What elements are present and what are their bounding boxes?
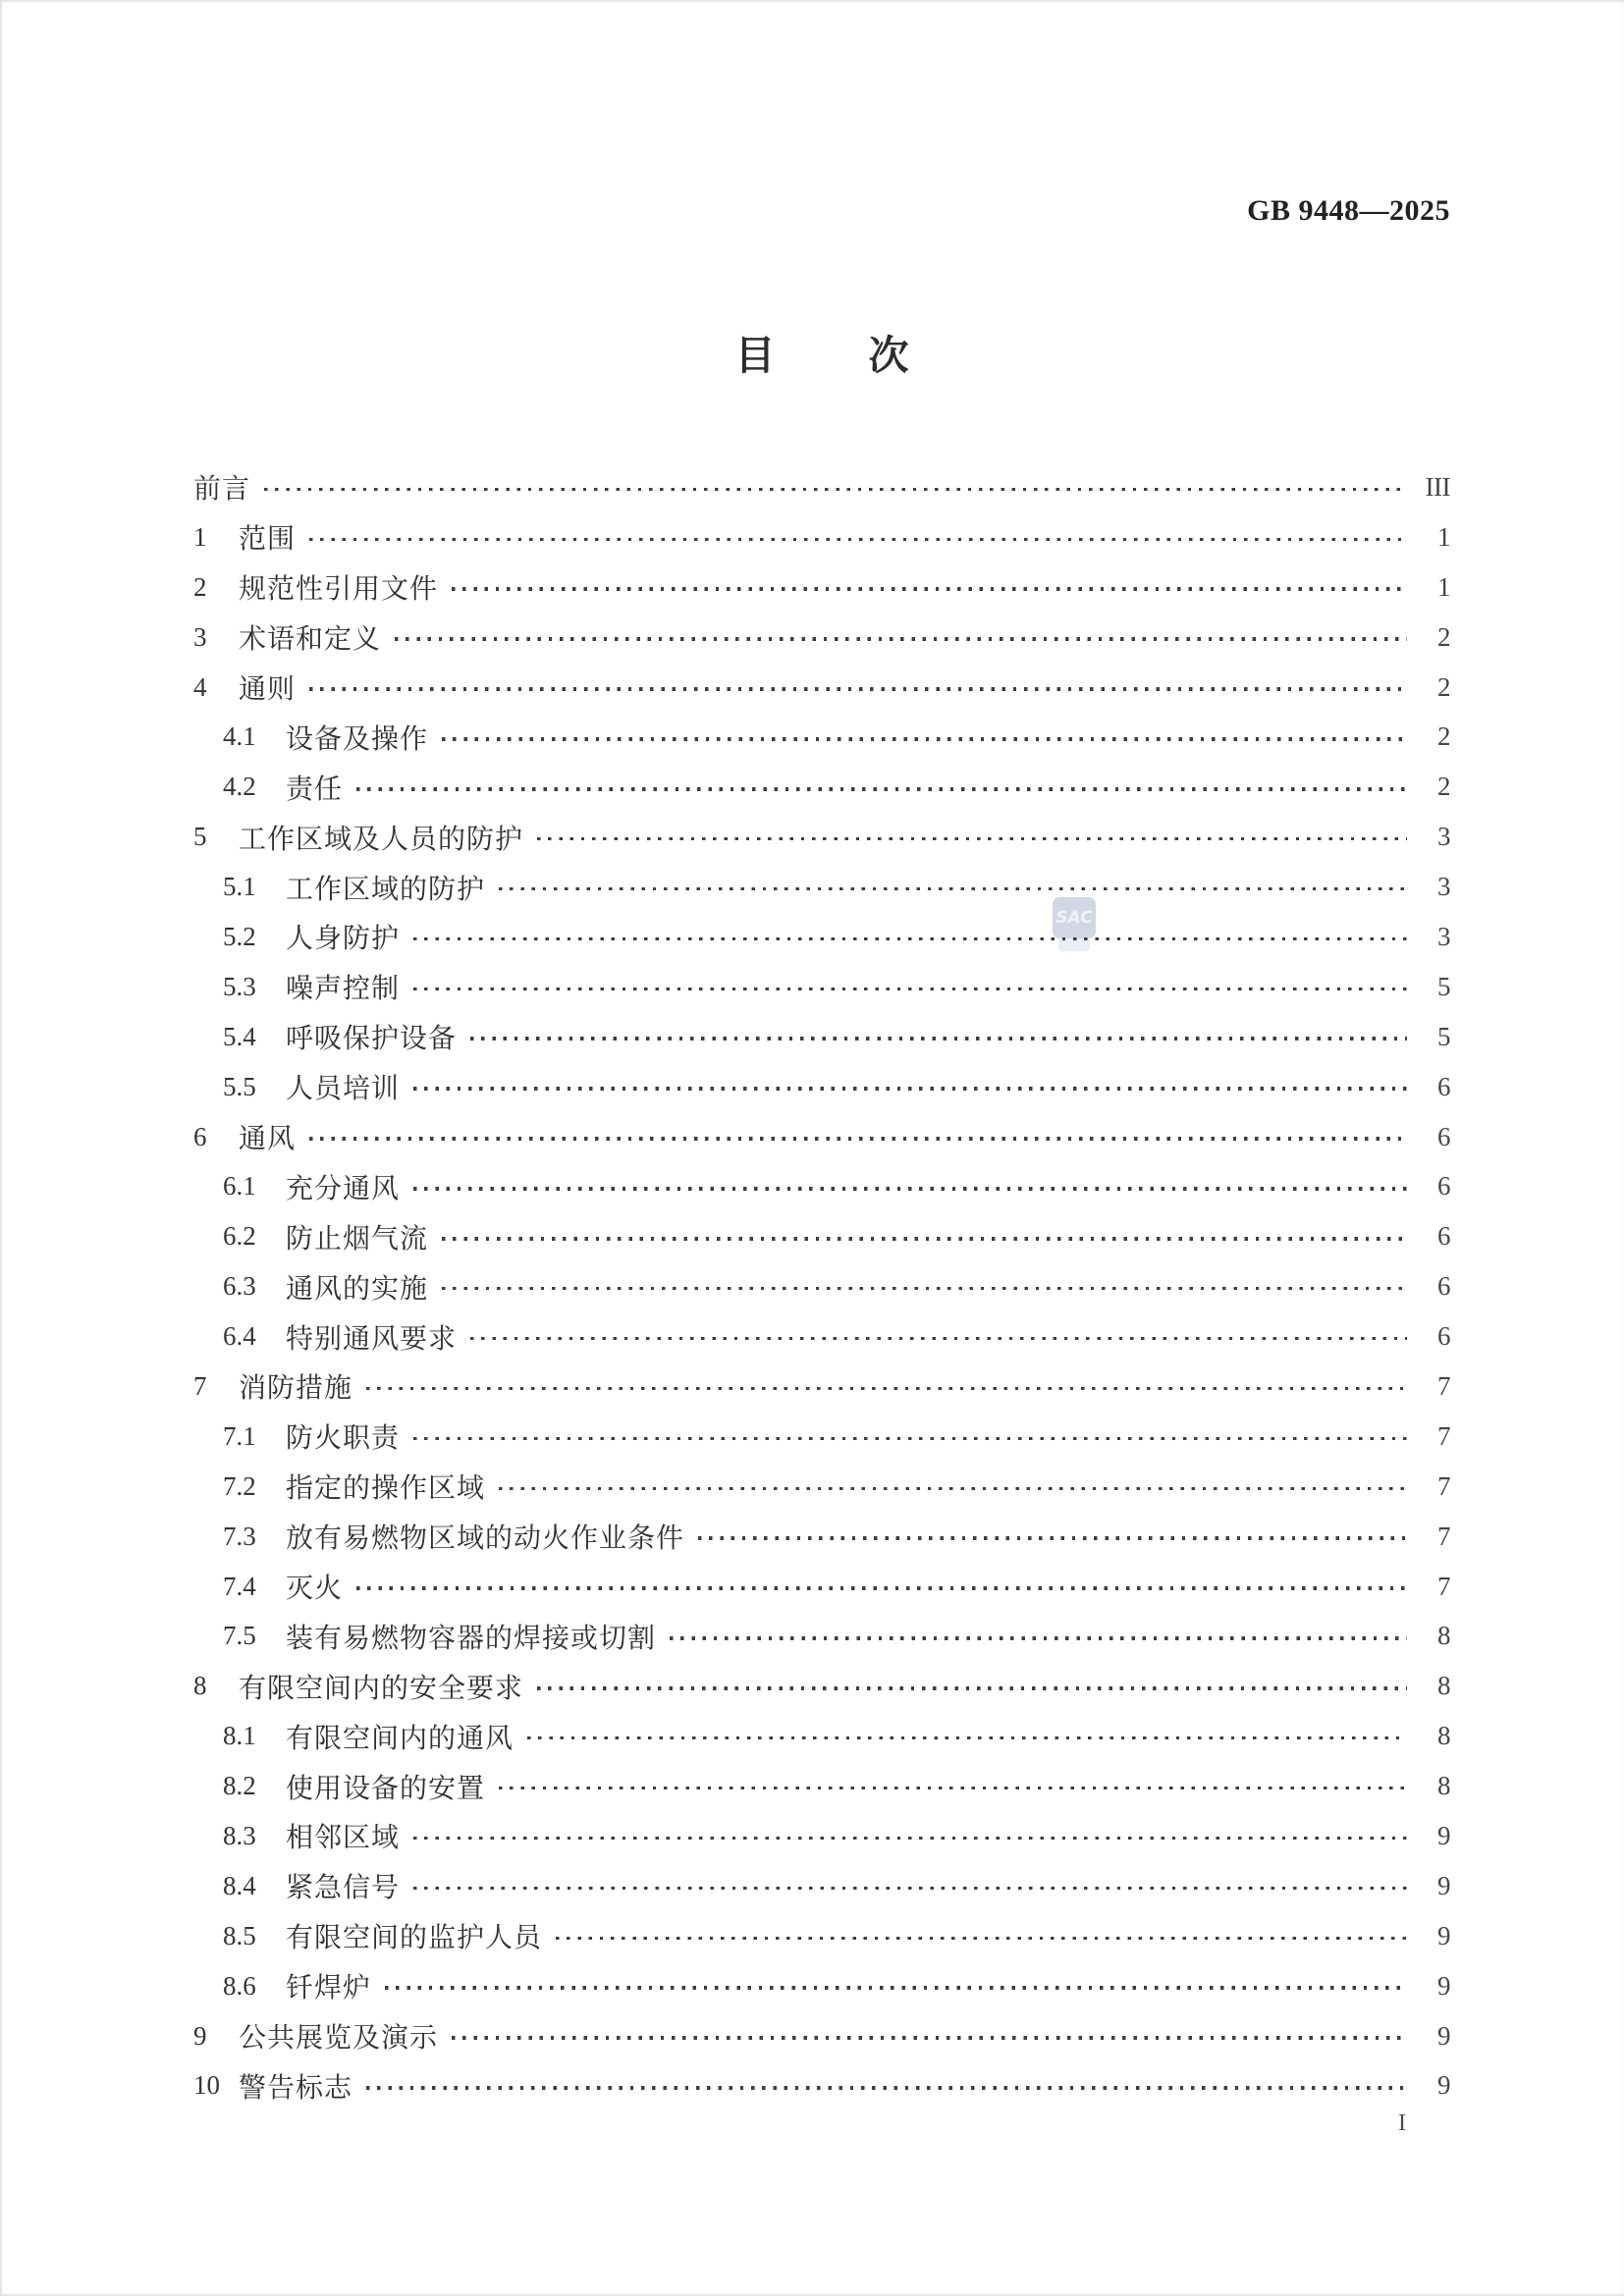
toc-entry-label: 范围 [239,517,296,557]
toc-entry-page: 7 [1417,1371,1450,1402]
toc-entry-number: 5.4 [223,1022,286,1052]
toc-entry: 4.2 责任 2 [0,762,1624,812]
toc-entry-page: 9 [1417,1921,1450,1951]
toc-entry: 5.3 噪声控制 5 [0,962,1624,1012]
toc-entry-page: 2 [1417,622,1450,653]
toc-entry-label: 防止烟气流 [286,1217,428,1256]
toc-entry-page: 5 [1417,1022,1450,1052]
toc-entry-page: 9 [1417,2070,1450,2101]
toc-entry-number: 7.4 [223,1572,286,1602]
toc-leader-dots [356,1586,1407,1590]
toc-entry-label: 紧急信号 [286,1866,400,1905]
toc-leader-dots [366,2086,1407,2090]
toc-leader-dots [499,887,1407,891]
toc-leader-dots [413,1087,1407,1091]
toc-entry: 4.1 设备及操作 2 [0,712,1624,762]
toc-entry: 6.3 通风的实施 6 [0,1261,1624,1311]
toc-entry: 2 规范性引用文件 1 [0,562,1624,613]
toc-entry-label: 装有易燃物容器的焊接或切割 [286,1617,656,1656]
toc-entry-page: 7 [1417,1471,1450,1502]
page-title-char-2: 次 [869,335,909,376]
toc-entry-label: 噪声控制 [286,967,400,1006]
toc-entry-label: 有限空间内的通风 [286,1717,514,1756]
toc-leader-dots [413,1187,1407,1191]
toc-leader-dots [309,538,1407,542]
toc-entry-page: 3 [1417,822,1450,852]
toc-leader-dots [413,1887,1407,1891]
toc-entry: 8.6 钎焊炉 9 [0,1961,1624,2011]
toc-leader-dots [452,587,1407,591]
toc-entry-page: 7 [1417,1421,1450,1452]
toc-entry-number: 5 [193,822,239,852]
toc-entry: 5.4 呼吸保护设备 5 [0,1012,1624,1062]
toc-entry-page: 6 [1417,1122,1450,1152]
toc-entry: 8.3 相邻区域 9 [0,1811,1624,1861]
toc-entry-page: 9 [1417,1871,1450,1901]
toc-entry: 8.5 有限空间的监护人员 9 [0,1911,1624,1961]
standard-code: GB 9448—2025 [1247,194,1450,228]
toc-entry-number: 6.4 [223,1321,286,1352]
toc-entry-label: 通风的实施 [286,1267,428,1307]
toc-leader-dots [413,1437,1407,1441]
toc-entry-number: 8.5 [223,1921,286,1951]
toc-entry-number: 7.1 [223,1421,286,1452]
scan-edge-top [0,0,1624,2]
toc-entry-number: 5.3 [223,972,286,1002]
toc-entry-page: 8 [1417,1671,1450,1701]
toc-entry-label: 前言 [193,467,250,507]
toc-entry: 5.1 工作区域的防护 3 [0,862,1624,912]
toc-entry-label: 有限空间的监护人员 [286,1916,542,1955]
toc-entry-number: 8.3 [223,1821,286,1851]
toc-entry-label: 工作区域的防护 [286,868,485,907]
toc-leader-dots [556,1937,1407,1941]
toc-entry-page: 3 [1417,922,1450,952]
toc-entry-label: 特别通风要求 [286,1317,457,1357]
toc-entry: 7.2 指定的操作区域 7 [0,1462,1624,1512]
toc-entry-number: 4 [193,672,239,703]
toc-entry-label: 人身防护 [286,917,400,956]
toc-entry-number: 6 [193,1122,239,1152]
toc-entry: 10 警告标志 9 [0,2061,1624,2111]
toc-entry: 6 通风 6 [0,1112,1624,1162]
toc-entry-label: 警告标志 [239,2066,352,2106]
toc-entry-number: 4.2 [223,772,286,802]
toc-entry-number: 8.4 [223,1871,286,1901]
toc-entry-number: 10 [193,2070,239,2101]
toc-entry: 5.5 人员培训 6 [0,1062,1624,1112]
toc-leader-dots [537,1686,1407,1690]
toc-leader-dots [264,488,1407,492]
toc-entry-page: 6 [1417,1221,1450,1252]
toc-entry-page: 9 [1417,1821,1450,1851]
toc-entry-number: 8.6 [223,1971,286,2002]
toc-entry-page: 1 [1417,522,1450,553]
toc-entry-label: 人员培训 [286,1067,400,1106]
toc-entry-number: 5.1 [223,872,286,902]
page-title: 目 次 [193,335,1450,376]
toc-entry-number: 9 [193,2021,239,2052]
toc-leader-dots [499,1487,1407,1491]
toc-entry-page: 5 [1417,972,1450,1002]
toc-leader-dots [366,1387,1407,1391]
toc-entry: 前言 III [0,462,1624,512]
toc-entry-number: 6.3 [223,1271,286,1302]
toc-entry-number: 1 [193,522,239,553]
toc-leader-dots [527,1736,1407,1740]
toc-entry-label: 呼吸保护设备 [286,1017,457,1056]
toc-leader-dots [356,787,1407,791]
toc-leader-dots [670,1636,1407,1640]
toc-entry: 3 术语和定义 2 [0,613,1624,663]
toc-leader-dots [413,988,1407,991]
toc-entry-page: 9 [1417,2021,1450,2052]
toc-entry-number: 5.5 [223,1072,286,1102]
toc-entry: 6.4 特别通风要求 6 [0,1311,1624,1362]
footer-page-number: I [1398,2110,1406,2137]
toc-entry-number: 2 [193,572,239,603]
toc-leader-dots [470,1337,1407,1341]
toc-entry: 8.2 使用设备的安置 8 [0,1761,1624,1811]
toc-entry-page: 3 [1417,872,1450,902]
toc-entry: 4 通则 2 [0,663,1624,713]
toc-entry: 7.1 防火职责 7 [0,1412,1624,1462]
toc-entry-label: 规范性引用文件 [239,567,438,607]
toc-entry-number: 8.2 [223,1771,286,1801]
toc-leader-dots [499,1787,1407,1790]
toc-entry-label: 责任 [286,768,343,807]
toc-entry: 5.2 人身防护 3 [0,912,1624,962]
toc-entry: 8 有限空间内的安全要求 8 [0,1661,1624,1711]
toc-entry-label: 通则 [239,667,296,707]
toc-entry-page: 1 [1417,572,1450,603]
toc-leader-dots [537,837,1407,841]
toc-entry-label: 充分通风 [286,1167,400,1206]
toc-leader-dots [470,1037,1407,1041]
toc-entry-page: 6 [1417,1072,1450,1102]
toc-entry-number: 4.1 [223,721,286,752]
toc-leader-dots [413,937,1407,941]
toc-entry: 1 范围 1 [0,512,1624,562]
toc-leader-dots [698,1536,1407,1540]
toc-entry-page: 6 [1417,1271,1450,1302]
toc-entry-number: 5.2 [223,922,286,952]
toc-entry-label: 设备及操作 [286,718,428,757]
toc-entry-label: 灭火 [286,1567,343,1606]
toc-entry-number: 6.1 [223,1171,286,1201]
toc-entry-label: 钎焊炉 [286,1966,371,2005]
toc-entry-page: 6 [1417,1171,1450,1201]
toc-list: 前言 III 1 范围 1 2 规范性引用文件 1 3 术语和定义 2 4 通则… [0,462,1624,2110]
toc-entry: 9 公共展览及演示 9 [0,2011,1624,2061]
toc-entry-label: 有限空间内的安全要求 [239,1667,523,1706]
toc-entry-label: 消防措施 [239,1366,352,1406]
toc-entry-number: 6.2 [223,1221,286,1252]
toc-entry-label: 防火职责 [286,1416,400,1456]
toc-entry-page: 2 [1417,772,1450,802]
toc-entry: 8.1 有限空间内的通风 8 [0,1711,1624,1761]
toc-entry-number: 3 [193,622,239,653]
toc-leader-dots [452,2036,1407,2040]
toc-entry: 7.5 装有易燃物容器的焊接或切割 8 [0,1611,1624,1661]
toc-leader-dots [413,1837,1407,1841]
toc-entry-page: III [1417,472,1450,503]
document-page: GB 9448—2025 目 次 SAC 前言 III 1 范围 1 2 规范性… [0,0,1624,2296]
toc-entry: 7.3 放有易燃物区域的动火作业条件 7 [0,1512,1624,1562]
toc-entry-page: 7 [1417,1572,1450,1602]
page-title-char-1: 目 [735,335,776,376]
toc-entry-label: 术语和定义 [239,617,381,657]
toc-entry: 6.2 防止烟气流 6 [0,1211,1624,1261]
toc-leader-dots [385,1986,1407,1990]
toc-entry-page: 8 [1417,1771,1450,1801]
toc-entry: 7 消防措施 7 [0,1362,1624,1412]
toc-entry-label: 通风 [239,1117,296,1156]
toc-entry-label: 相邻区域 [286,1816,400,1855]
toc-entry: 6.1 充分通风 6 [0,1161,1624,1211]
toc-entry-number: 8 [193,1671,239,1701]
toc-entry-page: 8 [1417,1621,1450,1651]
toc-entry-label: 使用设备的安置 [286,1767,485,1806]
toc-leader-dots [309,687,1407,691]
toc-entry-number: 7.2 [223,1471,286,1502]
toc-entry-page: 9 [1417,1971,1450,2002]
toc-entry-label: 指定的操作区域 [286,1467,485,1506]
toc-entry-label: 放有易燃物区域的动火作业条件 [286,1517,684,1556]
toc-entry-number: 7 [193,1371,239,1402]
toc-entry-page: 6 [1417,1321,1450,1352]
toc-entry: 7.4 灭火 7 [0,1562,1624,1612]
toc-entry: 8.4 紧急信号 9 [0,1861,1624,1911]
toc-entry-number: 7.3 [223,1522,286,1552]
toc-entry-page: 2 [1417,721,1450,752]
toc-entry-label: 工作区域及人员的防护 [239,818,523,857]
toc-entry-page: 2 [1417,672,1450,703]
toc-entry-number: 7.5 [223,1621,286,1651]
toc-leader-dots [442,737,1407,741]
toc-entry-page: 8 [1417,1721,1450,1751]
toc-entry: 5 工作区域及人员的防护 3 [0,812,1624,862]
toc-entry-number: 8.1 [223,1721,286,1751]
toc-leader-dots [442,1237,1407,1241]
toc-leader-dots [395,637,1407,641]
toc-entry-label: 公共展览及演示 [239,2016,438,2056]
toc-leader-dots [309,1137,1407,1141]
toc-leader-dots [442,1287,1407,1291]
toc-entry-page: 7 [1417,1522,1450,1552]
